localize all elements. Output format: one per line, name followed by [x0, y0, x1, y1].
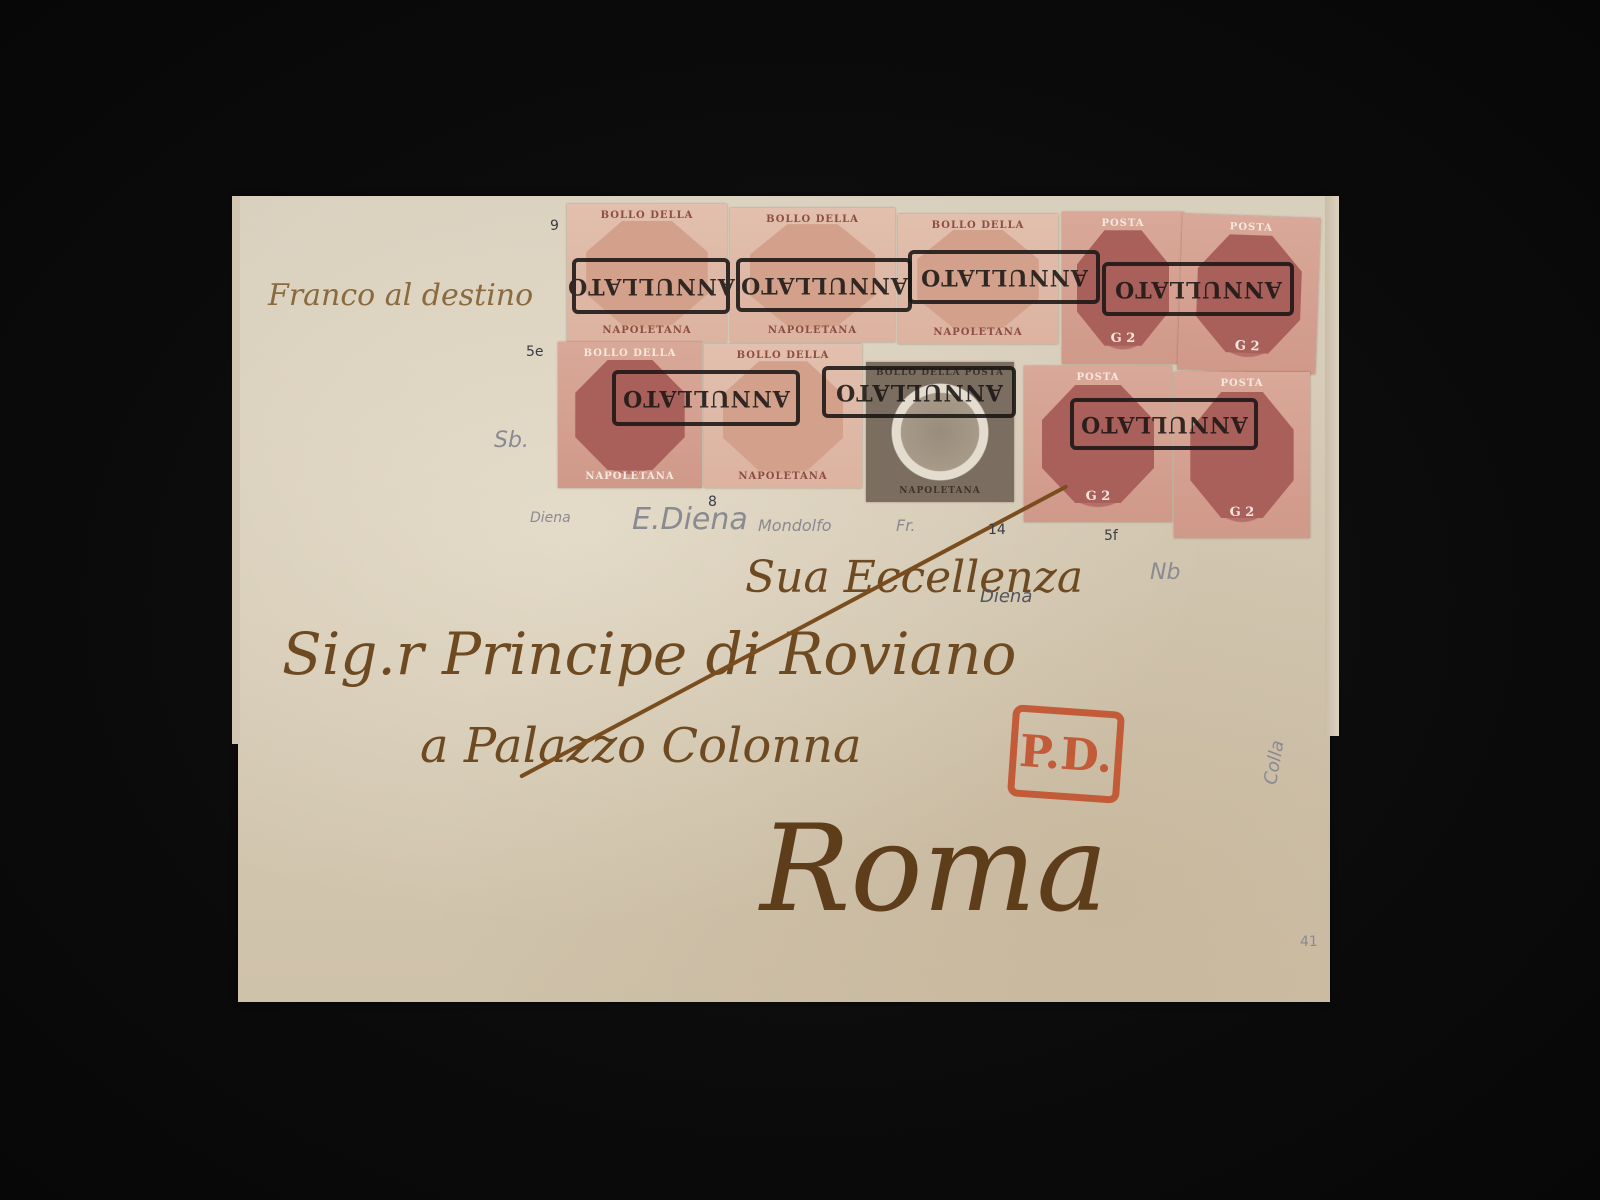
pencil-signature: E.Diena — [632, 502, 748, 537]
franking-note: Franco al destino — [268, 278, 533, 313]
pencil-number: 5e — [526, 344, 544, 360]
stamp-inscription-bottom: NAPOLETANA — [866, 486, 1014, 496]
pencil-number: 14 — [988, 522, 1006, 538]
annullato-cancel: ANNULLATO — [612, 370, 800, 426]
annullato-cancel: ANNULLATO — [1070, 398, 1258, 450]
stamp-inscription-top: BOLLO DELLA — [704, 350, 862, 361]
pencil-signature: Diena — [530, 510, 571, 526]
pd-postal-marking: P.D. — [1007, 704, 1125, 804]
stamp-value: G 2 — [1178, 337, 1316, 357]
annullato-cancel: ANNULLATO — [908, 250, 1100, 304]
stamp-inscription-top: POSTA — [1182, 220, 1320, 236]
stamp-value: G 2 — [1174, 505, 1310, 520]
stamp-inscription-top: BOLLO DELLA — [558, 348, 702, 359]
stamp-inscription-top: BOLLO DELLA — [730, 214, 895, 225]
pencil-signature: Sb. — [494, 428, 529, 453]
stamp-inscription-top: POSTA — [1174, 378, 1310, 389]
stamp-inscription-bottom: NAPOLETANA — [704, 471, 862, 482]
pencil-number: 9 — [550, 218, 559, 234]
annullato-cancel: ANNULLATO — [572, 258, 730, 314]
stamp-inscription-top: POSTA — [1062, 218, 1184, 229]
annullato-cancel: ANNULLATO — [822, 366, 1016, 418]
pencil-signature: Mondolfo — [758, 516, 832, 535]
cover-left-edge — [232, 196, 240, 744]
stamp-inscription-bottom: NAPOLETANA — [730, 325, 895, 336]
annullato-cancel: ANNULLATO — [736, 258, 912, 312]
stamp-inscription-top: BOLLO DELLA — [567, 210, 727, 221]
cover-fold-edge — [1325, 196, 1339, 736]
pencil-signature: Diena — [980, 586, 1032, 607]
stamp-inscription-bottom: NAPOLETANA — [567, 325, 727, 336]
destination-city: Roma — [760, 800, 1108, 939]
pencil-number: 5f — [1104, 528, 1118, 544]
stamp-inscription-bottom: NAPOLETANA — [558, 471, 702, 482]
stamp-inscription-bottom: NAPOLETANA — [898, 327, 1058, 338]
pencil-number: 41 — [1300, 934, 1318, 950]
address-line-2: Sig.r Principe di Roviano — [282, 620, 1016, 688]
pencil-signature: Nb — [1150, 560, 1180, 585]
address-line-3: a Palazzo Colonna — [420, 718, 862, 774]
annullato-cancel: ANNULLATO — [1102, 262, 1294, 316]
stamp-inscription-top: POSTA — [1024, 372, 1172, 383]
stamp-inscription-top: BOLLO DELLA — [898, 220, 1058, 231]
stamp-value: G 2 — [1062, 331, 1184, 346]
pencil-signature: Fr. — [896, 516, 915, 535]
stamp-2-grana: POSTA G 2 — [1174, 372, 1310, 538]
